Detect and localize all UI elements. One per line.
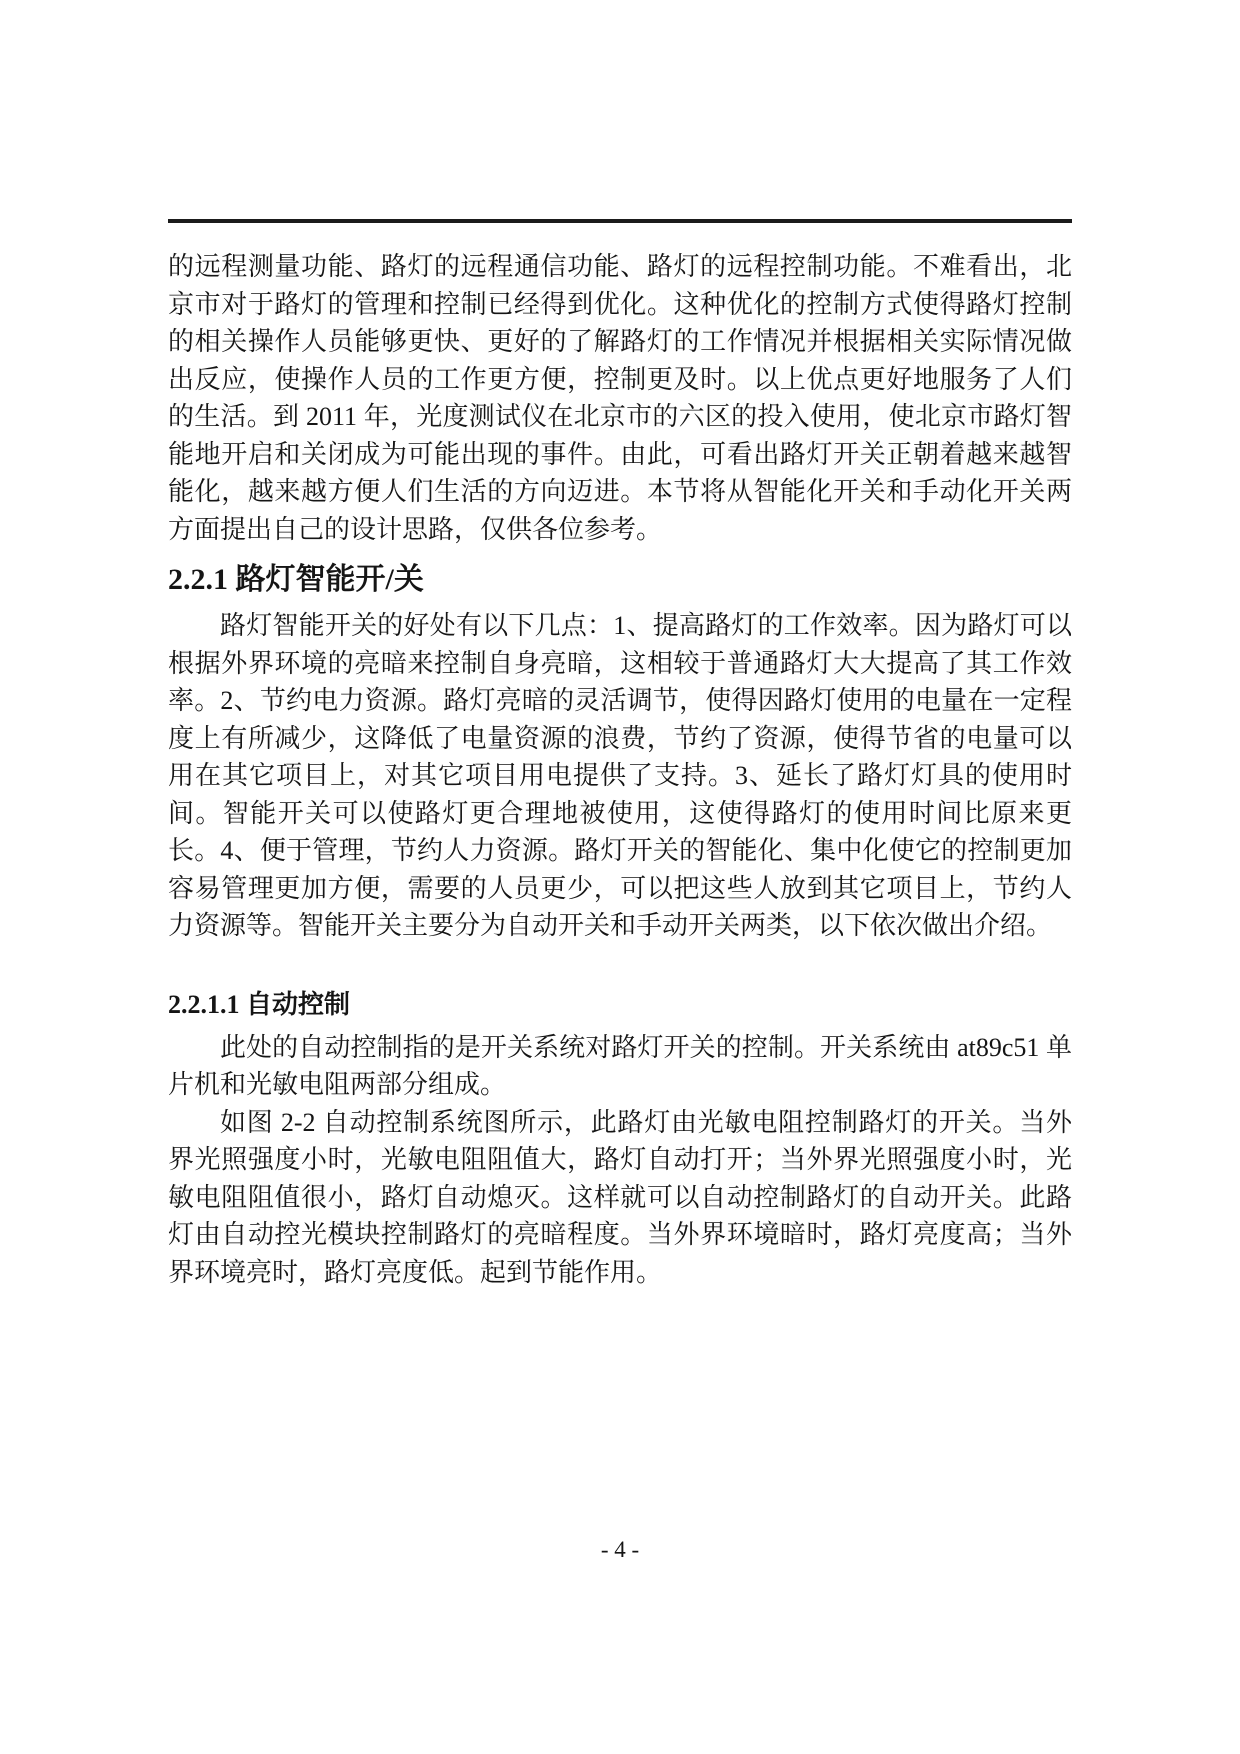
- document-page: 的远程测量功能、路灯的远程通信功能、路灯的远程控制功能。不难看出，北京市对于路灯…: [0, 0, 1240, 1754]
- paragraph-smart-switch-benefits: 路灯智能开关的好处有以下几点：1、提高路灯的工作效率。因为路灯可以根据外界环境的…: [168, 607, 1072, 945]
- paragraph-auto-control-detail: 如图 2-2 自动控制系统图所示，此路灯由光敏电阻控制路灯的开关。当外界光照强度…: [168, 1104, 1072, 1292]
- section-heading-2-2-1: 2.2.1 路灯智能开/关: [168, 561, 1072, 599]
- page-number: - 4 -: [0, 1535, 1240, 1565]
- paragraph-auto-control-intro: 此处的自动控制指的是开关系统对路灯开关的控制。开关系统由 at89c51 单片机…: [168, 1029, 1072, 1104]
- header-rule: [168, 219, 1072, 223]
- paragraph-intro-continuation: 的远程测量功能、路灯的远程通信功能、路灯的远程控制功能。不难看出，北京市对于路灯…: [168, 248, 1072, 548]
- subsection-heading-2-2-1-1: 2.2.1.1 自动控制: [168, 987, 1072, 1023]
- page-content: 的远程测量功能、路灯的远程通信功能、路灯的远程控制功能。不难看出，北京市对于路灯…: [168, 248, 1072, 1291]
